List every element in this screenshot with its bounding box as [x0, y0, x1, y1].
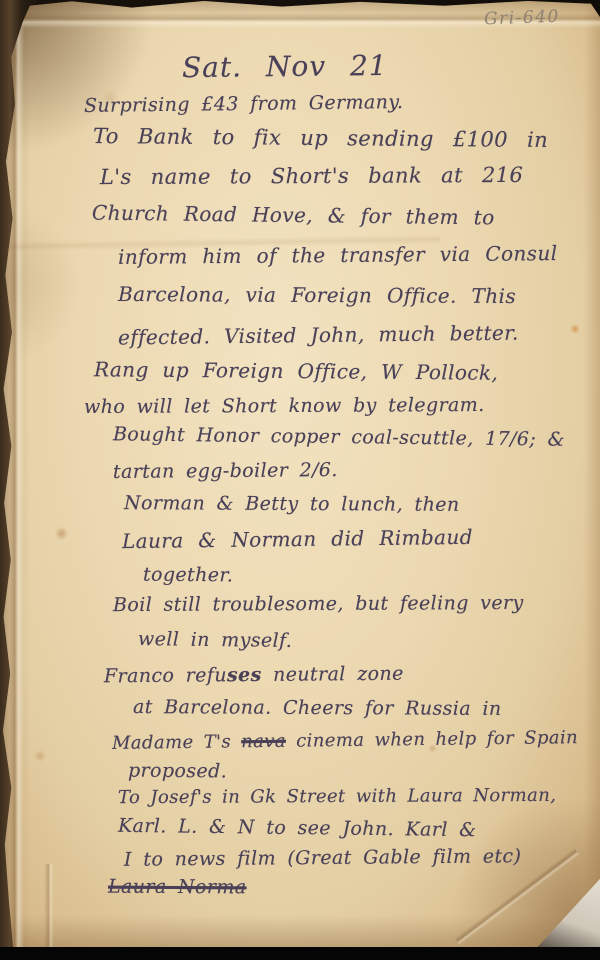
line-text: Rang up Foreign Office, W Pollock,: [94, 357, 498, 385]
line-text: L's name to Short's bank at 216: [100, 163, 523, 189]
diary-line: Barcelona, via Foreign Office. This: [118, 282, 516, 308]
line-text: Church Road Hove, & for them to: [92, 201, 495, 230]
line-text: inform him of the transfer via Consul: [118, 241, 558, 269]
strikethrough-text: nava: [241, 731, 286, 753]
line-text: Surprising £43 from Germany.: [84, 91, 404, 117]
archival-code: Gri-640: [484, 7, 560, 30]
line-text: together.: [143, 564, 233, 587]
line-text: proposed.: [128, 760, 227, 783]
diary-line: at Barcelona. Cheers for Russia in: [133, 696, 502, 720]
diary-line: To Josef's in Gk Street with Laura Norma…: [118, 785, 556, 808]
diary-line: Boil still troublesome, but feeling very: [113, 592, 524, 616]
line-text: Franco refu: [104, 664, 227, 687]
diary-line: inform him of the transfer via Consul: [118, 241, 558, 269]
line-text: cinema when help for Spain: [286, 727, 578, 752]
handwriting-layer: Gri-640 Sat. Nov 21 Surprising £43 from …: [0, 0, 600, 949]
line-text: To Bank to fix up sending £100 in: [93, 124, 548, 152]
diary-line: Laura & Norman did Rimbaud: [122, 525, 473, 553]
line-text: Madame T's: [112, 731, 241, 754]
line-text: neutral zone: [262, 663, 404, 686]
line-text: Barcelona, via Foreign Office. This: [118, 282, 516, 308]
diary-line: proposed.: [128, 760, 227, 783]
diary-page-paper: Gri-640 Sat. Nov 21 Surprising £43 from …: [0, 0, 600, 949]
diary-line: Rang up Foreign Office, W Pollock,: [94, 357, 498, 385]
diary-line: Norman & Betty to lunch, then: [124, 492, 460, 516]
diary-line: I to news film (Great Gable film etc): [124, 845, 522, 870]
line-text: who will let Short know by telegram.: [84, 394, 485, 418]
line-text: Karl. L. & N to see John. Karl &: [118, 815, 477, 841]
diary-line: Laura Norma: [108, 876, 247, 899]
line-text: I to news film (Great Gable film etc): [124, 845, 522, 870]
line-text: ses: [227, 664, 262, 686]
diary-line: effected. Visited John, much better.: [118, 321, 519, 350]
diary-line: Madame T's nava cinema when help for Spa…: [112, 727, 578, 754]
line-text: Norman & Betty to lunch, then: [124, 492, 460, 516]
scan-edge-strip: [0, 947, 600, 960]
diary-line: Franco refuses neutral zone: [104, 663, 404, 688]
line-text: at Barcelona. Cheers for Russia in: [133, 696, 502, 720]
line-text: Laura & Norman did Rimbaud: [122, 525, 473, 553]
line-text: effected. Visited John, much better.: [118, 321, 519, 350]
strikethrough-text: Laura Norma: [108, 876, 247, 899]
diary-line: Church Road Hove, & for them to: [92, 201, 495, 230]
line-text: Boil still troublesome, but feeling very: [113, 592, 524, 616]
line-text: well in myself.: [138, 628, 293, 652]
diary-line: Surprising £43 from Germany.: [84, 91, 404, 117]
diary-line: L's name to Short's bank at 216: [100, 163, 523, 189]
scanned-page: { "page": { "archival_note": "Gri-640", …: [0, 0, 600, 960]
diary-line: To Bank to fix up sending £100 in: [93, 124, 548, 152]
line-text: Bought Honor copper coal-scuttle, 17/6; …: [113, 423, 565, 451]
diary-line: well in myself.: [138, 628, 293, 652]
diary-line: who will let Short know by telegram.: [84, 394, 485, 418]
diary-line: Bought Honor copper coal-scuttle, 17/6; …: [113, 423, 565, 451]
entry-date-heading: Sat. Nov 21: [182, 49, 388, 84]
diary-line: together.: [143, 564, 233, 587]
line-text: To Josef's in Gk Street with Laura Norma…: [118, 785, 556, 808]
line-text: tartan egg-boiler 2/6.: [113, 459, 338, 483]
diary-line: Karl. L. & N to see John. Karl &: [118, 815, 477, 841]
diary-line: tartan egg-boiler 2/6.: [113, 459, 338, 483]
